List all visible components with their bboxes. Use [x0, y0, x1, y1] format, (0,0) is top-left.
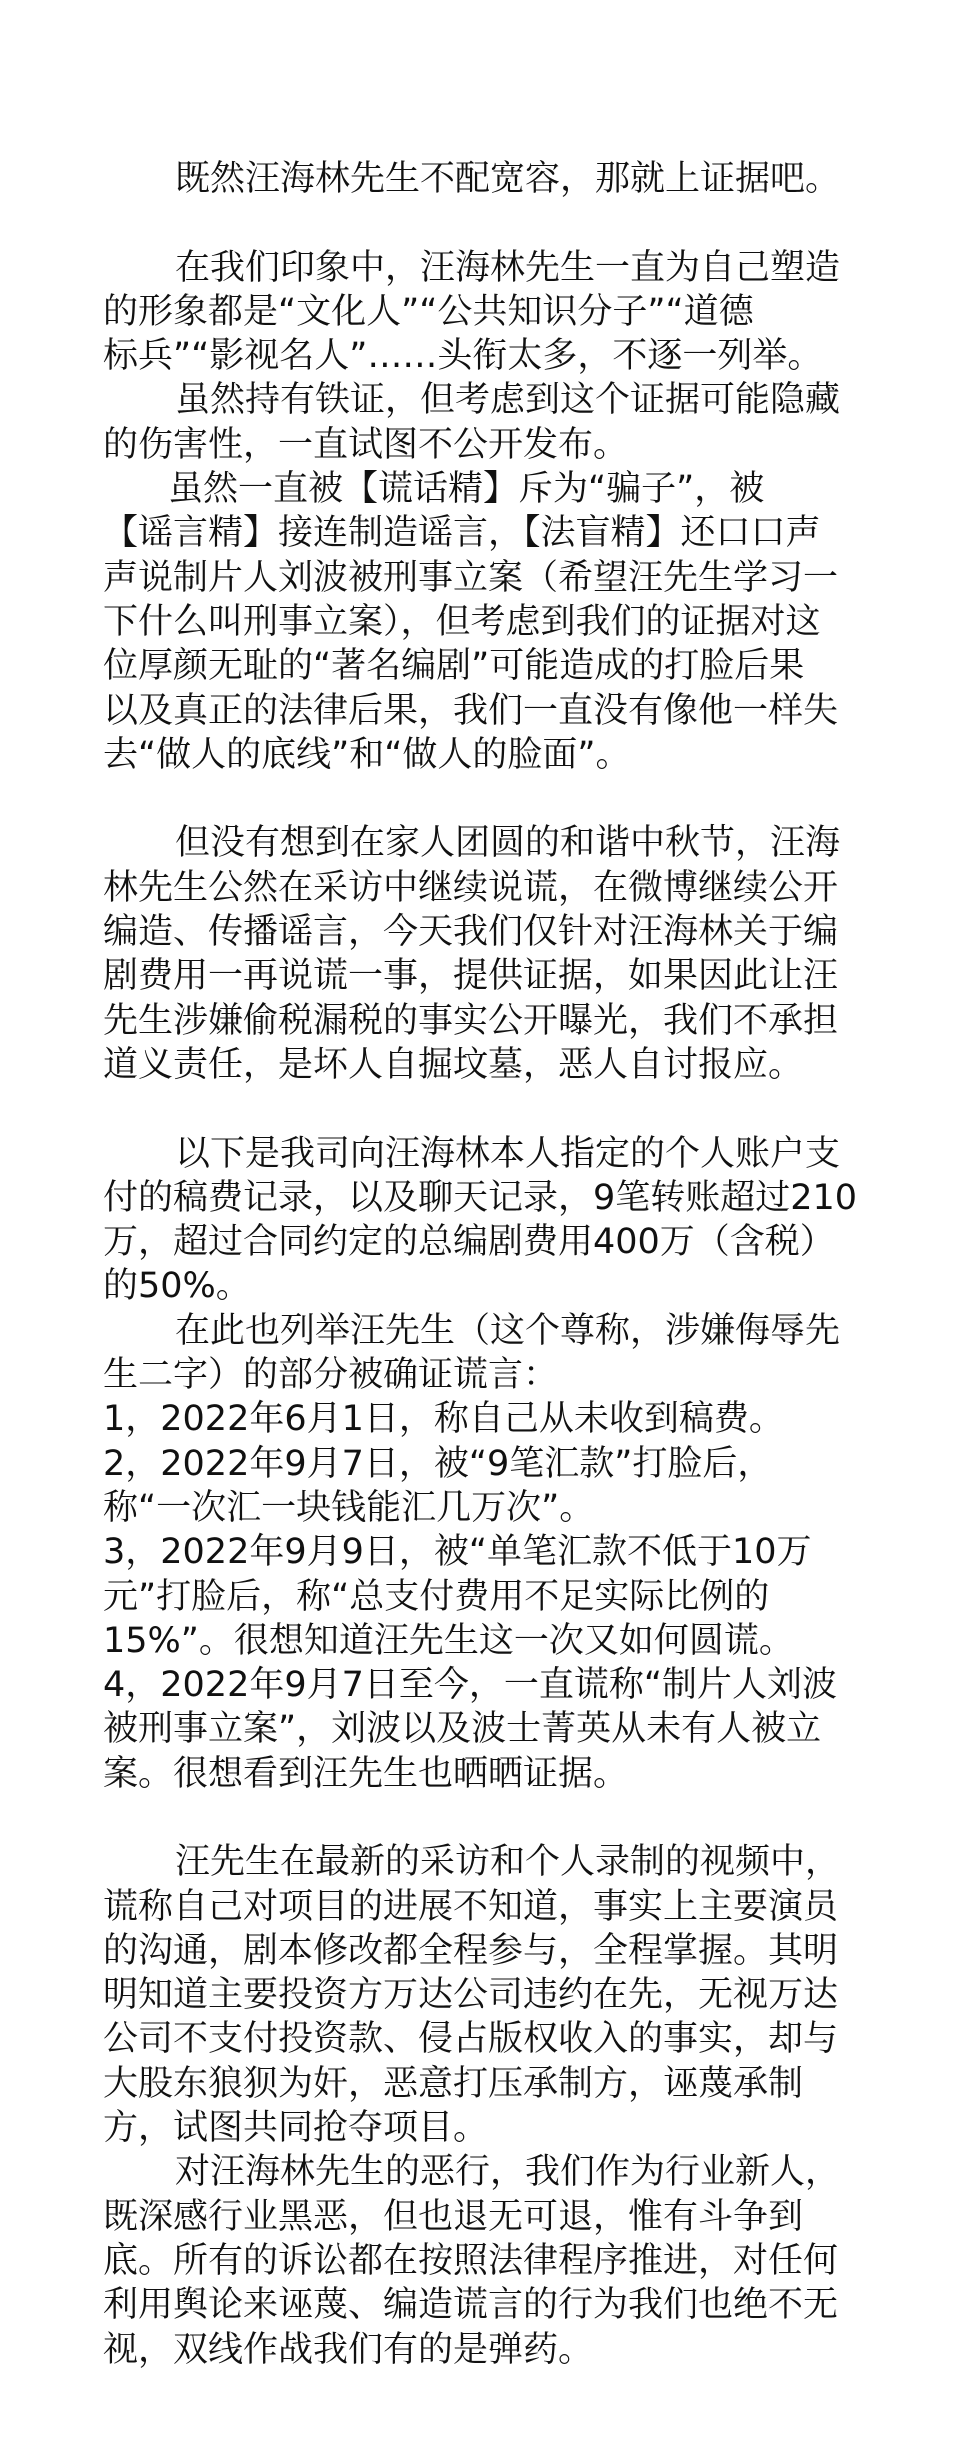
lie-item-2: 2，2022年9月7日，被“9笔汇款”打脸后， [103, 1442, 903, 1486]
closing-line: 视，双线作战我们有的是弹药。 [103, 2328, 903, 2372]
mid-autumn-line: 编造、传播谣言，今天我们仅针对汪海林关于编 [103, 910, 903, 954]
project-claims-line: 公司不支付投资款、侵占版权收入的事实，却与 [103, 2017, 903, 2061]
closing-line: 对汪海林先生的恶行，我们作为行业新人， [103, 2150, 903, 2194]
closing-line: 既深感行业黑恶，但也退无可退，惟有斗争到 [103, 2195, 903, 2239]
paragraph-gap [103, 1087, 903, 1131]
project-claims-line: 谎称自己对项目的进展不知道，事实上主要演员 [103, 1885, 903, 1929]
closing-line: 利用舆论来诬蔑、编造谎言的行为我们也绝不无 [103, 2283, 903, 2327]
closing-line: 底。所有的诉讼都在按照法律程序推进，对任何 [103, 2239, 903, 2283]
lie-item-1: 1，2022年6月1日，称自己从未收到稿费。 [103, 1397, 903, 1441]
lie-item-2: 称“一次汇一块钱能汇几万次”。 [103, 1486, 903, 1530]
accusations-line: 以及真正的法律后果，我们一直没有像他一样失 [103, 689, 903, 733]
mid-autumn-line: 但没有想到在家人团圆的和谐中秋节，汪海 [103, 821, 903, 865]
paragraph-gap [103, 1796, 903, 1840]
mid-autumn-line: 先生涉嫌偷税漏税的事实公开曝光，我们不承担 [103, 999, 903, 1043]
image-intro-line: 的形象都是“文化人”“公共知识分子”“道德 [103, 290, 903, 334]
accusations-line: 虽然一直被【谎话精】斥为“骗子”，被 [103, 467, 903, 511]
project-claims-line: 明知道主要投资方万达公司违约在先，无视万达 [103, 1973, 903, 2017]
lie-item-3: 元”打脸后，称“总支付费用不足实际比例的 [103, 1575, 903, 1619]
project-claims-line: 方，试图共同抢夺项目。 [103, 2106, 903, 2150]
project-claims-line: 大股东狼狈为奸，恶意打压承制方，诬蔑承制 [103, 2062, 903, 2106]
lie-item-3: 15%”。很想知道汪先生这一次又如何圆谎。 [103, 1619, 903, 1663]
lie-item-4: 4，2022年9月7日至今，一直谎称“制片人刘波 [103, 1663, 903, 1707]
lie-item-3: 3，2022年9月9日，被“单笔汇款不低于10万 [103, 1530, 903, 1574]
project-claims-line: 的沟通，剧本修改都全程参与，全程掌握。其明 [103, 1929, 903, 1973]
image-intro-line: 在我们印象中，汪海林先生一直为自己塑造 [103, 246, 903, 290]
accusations-line: 声说制片人刘波被刑事立案（希望汪先生学习一 [103, 556, 903, 600]
restraint-line: 的伤害性，一直试图不公开发布。 [103, 423, 903, 467]
accusations-line: 下什么叫刑事立案），但考虑到我们的证据对这 [103, 600, 903, 644]
mid-autumn-line: 道义责任，是坏人自掘坟墓，恶人自讨报应。 [103, 1043, 903, 1087]
lie-item-4: 被刑事立案”，刘波以及波士菁英从未有人被立 [103, 1707, 903, 1751]
mid-autumn-line: 林先生公然在采访中继续说谎，在微博继续公开 [103, 866, 903, 910]
accusations-line: 去“做人的底线”和“做人的脸面”。 [103, 733, 903, 777]
lies-intro-line: 生二字）的部分被确证谎言： [103, 1353, 903, 1397]
accusations-line: 【谣言精】接连制造谣言，【法盲精】还口口声 [103, 511, 903, 555]
opening-line: 既然汪海林先生不配宽容，那就上证据吧。 [103, 157, 903, 201]
accusations-line: 位厚颜无耻的“著名编剧”可能造成的打脸后果 [103, 644, 903, 688]
mid-autumn-line: 剧费用一再说谎一事，提供证据，如果因此让汪 [103, 954, 903, 998]
payment-records-line: 以下是我司向汪海林本人指定的个人账户支 [103, 1132, 903, 1176]
image-intro-line: 标兵”“影视名人”……头衔太多，不逐一列举。 [103, 334, 903, 378]
payment-records-line: 的50%。 [103, 1264, 903, 1308]
payment-records-line: 万，超过合同约定的总编剧费用400万（含税） [103, 1220, 903, 1264]
restraint-line: 虽然持有铁证，但考虑到这个证据可能隐藏 [103, 378, 903, 422]
paragraph-gap [103, 201, 903, 245]
lies-intro-line: 在此也列举汪先生（这个尊称，涉嫌侮辱先 [103, 1309, 903, 1353]
payment-records-line: 付的稿费记录，以及聊天记录，9笔转账超过210 [103, 1176, 903, 1220]
lie-item-4: 案。很想看到汪先生也晒晒证据。 [103, 1752, 903, 1796]
paragraph-gap [103, 777, 903, 821]
project-claims-line: 汪先生在最新的采访和个人录制的视频中， [103, 1840, 903, 1884]
statement-document: 既然汪海林先生不配宽容，那就上证据吧。 在我们印象中，汪海林先生一直为自己塑造 … [103, 157, 903, 2372]
